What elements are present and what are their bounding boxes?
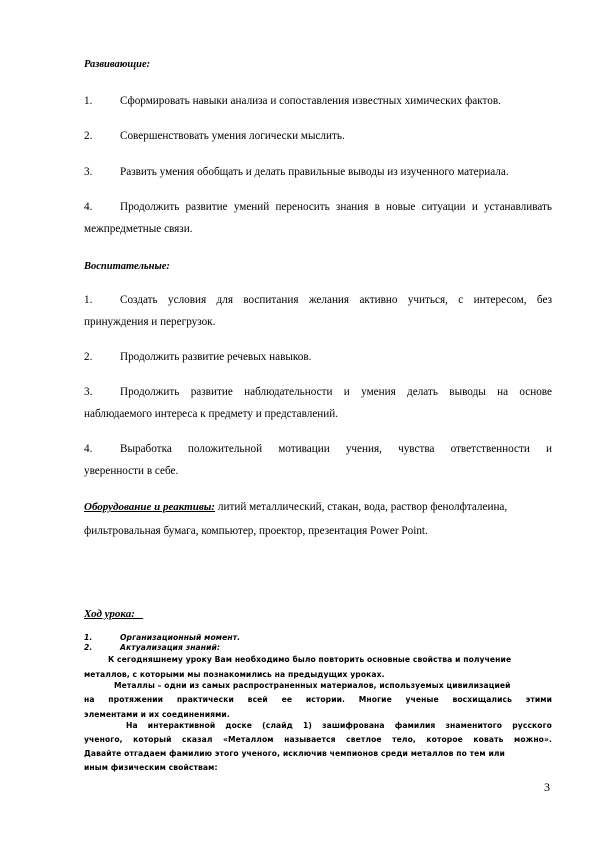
page-number: 3 (544, 780, 550, 795)
lesson-paragraph-line: иным физическим свойствам: (84, 762, 552, 773)
list-number: 3. (84, 385, 120, 399)
equipment-label: Оборудование и реактивы: (84, 501, 215, 513)
step-number: 2. (84, 642, 120, 653)
list-item: 4.Продолжить развитие умений переносить … (84, 200, 552, 214)
list-item: 2.Совершенствовать умения логически мысл… (84, 129, 552, 143)
list-number: 3. (84, 165, 120, 179)
step-text: Организационный момент. (120, 633, 240, 642)
list-number: 1. (84, 94, 120, 108)
equipment-paragraph: Оборудование и реактивы: литий металличе… (84, 500, 552, 514)
list-item: 3.Продолжить развитие наблюдательности и… (84, 385, 552, 399)
list-text: Продолжить развитие умений переносить зн… (120, 201, 552, 213)
lesson-paragraph-line: на протяжении практически всей ее истори… (84, 694, 552, 705)
list-number: 1. (84, 293, 120, 307)
list-text: Выработка положительной мотивации учения… (120, 443, 552, 455)
list-item-continuation: уверенности в себе. (84, 464, 552, 478)
list-text: Продолжить развитие речевых навыков. (120, 351, 311, 363)
section-title-developing: Развивающие: (84, 58, 552, 72)
list-item-continuation: межпредметные связи. (84, 222, 552, 236)
equipment-continuation: фильтровальная бумага, компьютер, проект… (84, 524, 552, 538)
list-text: Совершенствовать умения логически мыслит… (120, 130, 345, 142)
lesson-paragraph-line: Металлы – одни из самых распространенных… (114, 680, 552, 691)
lesson-paragraph-line: металлов, с которыми мы познакомились на… (84, 669, 552, 680)
equipment-text: литий металлический, стакан, вода, раств… (215, 501, 507, 513)
list-item: 1.Создать условия для воспитания желания… (84, 293, 552, 307)
list-number: 4. (84, 442, 120, 456)
document-page: Развивающие: 1.Сформировать навыки анали… (0, 0, 595, 842)
lesson-paragraph-line: На интерактивной доске (слайд 1) зашифро… (126, 720, 552, 731)
list-item: 2.Продолжить развитие речевых навыков. (84, 350, 552, 364)
lesson-paragraph-line: ученого, который сказал «Металлом называ… (84, 734, 552, 745)
section-title-lesson: Ход урока: (84, 607, 552, 621)
list-text: Развить умения обобщать и делать правиль… (120, 166, 509, 178)
step-text: Актуализация знаний: (120, 643, 220, 652)
list-number: 4. (84, 200, 120, 214)
lesson-paragraph-line: элементами и их соединениями. (84, 709, 552, 720)
list-item: 4.Выработка положительной мотивации учен… (84, 442, 552, 456)
list-number: 2. (84, 350, 120, 364)
lesson-paragraph-line: К сегодняшнему уроку Вам необходимо было… (108, 654, 552, 665)
list-number: 2. (84, 129, 120, 143)
lesson-paragraph-line: Давайте отгадаем фамилию этого ученого, … (84, 748, 552, 759)
list-text: Продолжить развитие наблюдательности и у… (120, 386, 552, 398)
list-item: 1.Сформировать навыки анализа и сопостав… (84, 94, 552, 108)
list-text: Сформировать навыки анализа и сопоставле… (120, 95, 501, 107)
list-item: 3.Развить умения обобщать и делать прави… (84, 165, 552, 179)
list-text: Создать условия для воспитания желания а… (120, 294, 552, 306)
list-item-continuation: принуждения и перегрузок. (84, 315, 552, 329)
lesson-step: 2.Актуализация знаний: (84, 642, 552, 653)
section-title-educational: Воспитательные: (84, 260, 552, 274)
list-item-continuation: наблюдаемого интереса к предмету и предс… (84, 407, 552, 421)
